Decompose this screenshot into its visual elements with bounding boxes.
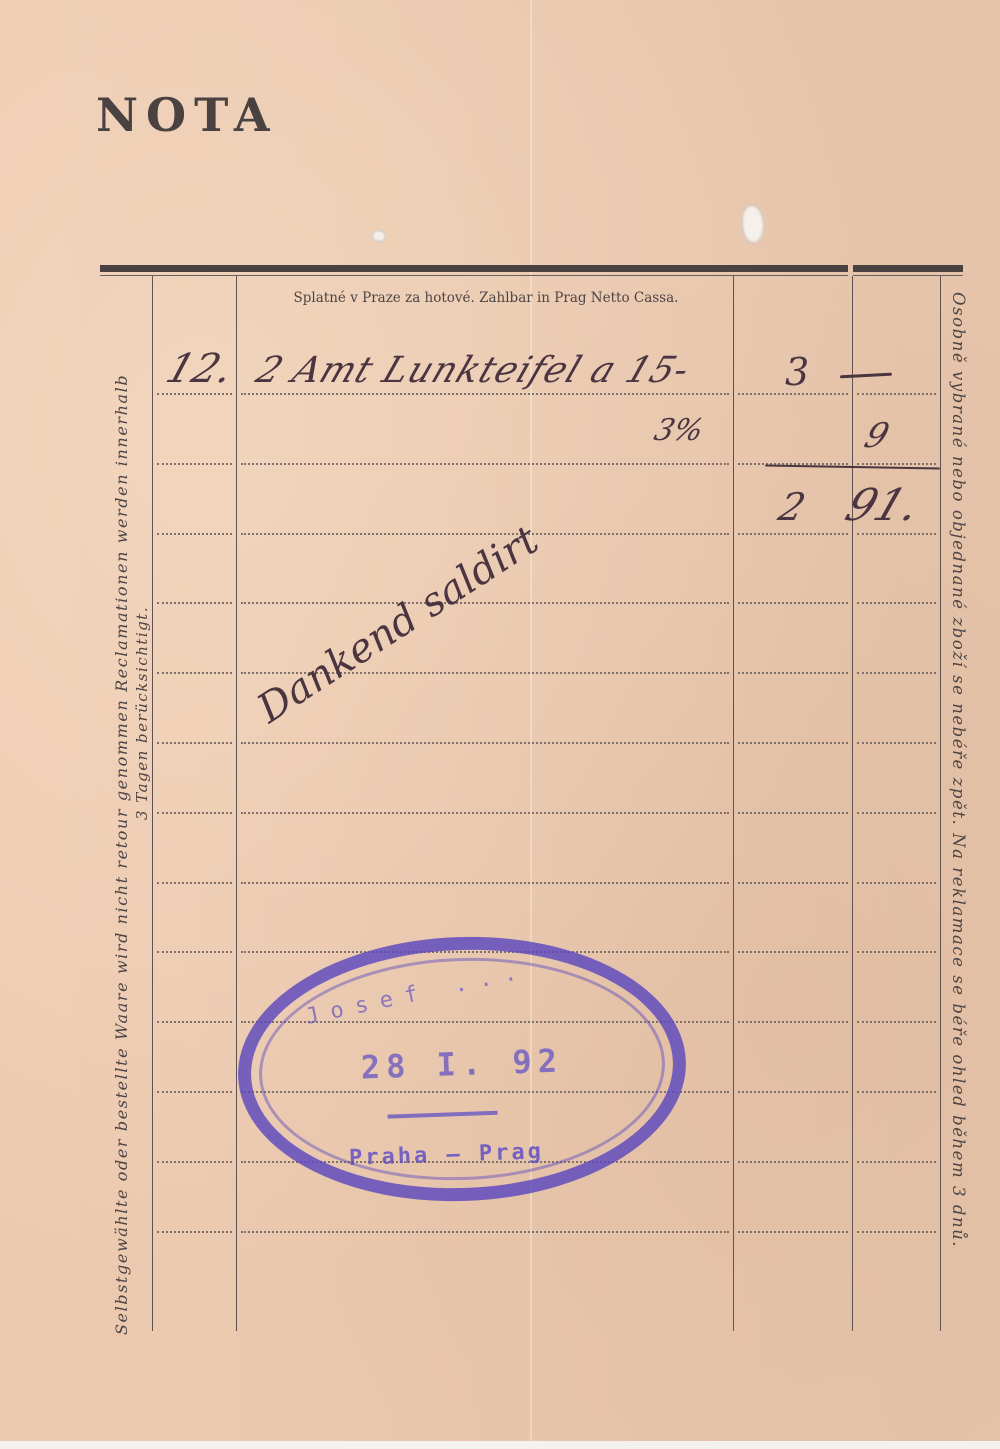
stamp-date: 28 I. 92 <box>360 1041 563 1086</box>
row-rule <box>857 1091 936 1093</box>
row-rule <box>857 393 936 395</box>
row-rule <box>157 812 232 814</box>
row-rule <box>241 882 729 884</box>
header-rule <box>853 265 963 272</box>
row-rule <box>241 393 729 395</box>
side-note-czech: Osobně vybrané nebo objednané zboží se n… <box>949 292 968 1332</box>
row-rule <box>857 533 936 535</box>
column-divider <box>852 276 853 1331</box>
row-rule <box>738 602 848 604</box>
row-rule <box>241 812 729 814</box>
entry-amount-whole: 3 <box>785 350 809 394</box>
row-rule <box>857 951 936 953</box>
row-rule <box>738 742 848 744</box>
row-rule <box>738 672 848 674</box>
row-rule <box>857 882 936 884</box>
total-whole: 2 <box>774 485 810 529</box>
row-rule <box>738 882 848 884</box>
entry-item: 2 Amt Lunkteifel a 15- <box>251 350 696 391</box>
punch-hole <box>742 205 764 243</box>
row-rule <box>241 1231 729 1233</box>
row-rule <box>857 672 936 674</box>
entry-date: 12. <box>161 346 240 392</box>
row-rule <box>157 1231 232 1233</box>
row-rule <box>738 951 848 953</box>
row-rule <box>857 1161 936 1163</box>
row-rule <box>857 812 936 814</box>
punch-hole <box>372 230 386 242</box>
column-divider <box>940 276 941 1331</box>
row-rule <box>157 393 232 395</box>
header-subrule <box>100 275 848 276</box>
entry-discount-label: 3% <box>650 413 707 448</box>
row-rule <box>857 742 936 744</box>
row-rule <box>738 1021 848 1023</box>
row-rule <box>738 533 848 535</box>
row-rule <box>157 882 232 884</box>
column-divider <box>236 276 237 1331</box>
rubber-stamp: Josef ... 28 I. 92 Praha — Prag <box>234 929 691 1208</box>
column-divider <box>152 276 153 1331</box>
document-title: NOTA <box>96 88 278 142</box>
side-note-german: Selbstgewählte oder bestellte Waare wird… <box>112 275 151 1335</box>
header-rule <box>100 265 848 272</box>
row-rule <box>857 1231 936 1233</box>
row-rule <box>738 1161 848 1163</box>
column-divider <box>733 276 734 1331</box>
side-note-german-line2: 3 Tagen berücksichtigt. <box>133 275 151 1335</box>
row-rule <box>157 1021 232 1023</box>
row-rule <box>738 1231 848 1233</box>
stamp-name: Josef ... <box>303 958 530 1030</box>
row-rule <box>157 463 232 465</box>
row-rule <box>241 463 729 465</box>
row-rule <box>241 602 729 604</box>
row-rule <box>157 672 232 674</box>
handwritten-paid-note: Dankend saldirt <box>249 517 546 732</box>
stamp-separator <box>388 1111 498 1119</box>
row-rule <box>157 533 232 535</box>
entry-discount-fraction: 9 <box>860 416 895 456</box>
stamp-city: Praha — Prag <box>349 1139 545 1171</box>
side-note-german-line1: Selbstgewählte oder bestellte Waare wird… <box>112 275 131 1335</box>
row-rule <box>857 463 936 465</box>
row-rule <box>157 951 232 953</box>
row-rule <box>157 602 232 604</box>
row-rule <box>738 1091 848 1093</box>
row-rule <box>241 742 729 744</box>
entry-amount-dash <box>840 373 892 379</box>
row-rule <box>857 602 936 604</box>
payment-terms: Splatné v Praze za hotové. Zahlbar in Pr… <box>242 290 730 306</box>
row-rule <box>738 812 848 814</box>
row-rule <box>241 533 729 535</box>
row-rule <box>157 1161 232 1163</box>
row-rule <box>157 1091 232 1093</box>
row-rule <box>157 742 232 744</box>
paper-edge <box>0 1441 1000 1449</box>
row-rule <box>857 1021 936 1023</box>
header-subrule <box>853 275 963 276</box>
